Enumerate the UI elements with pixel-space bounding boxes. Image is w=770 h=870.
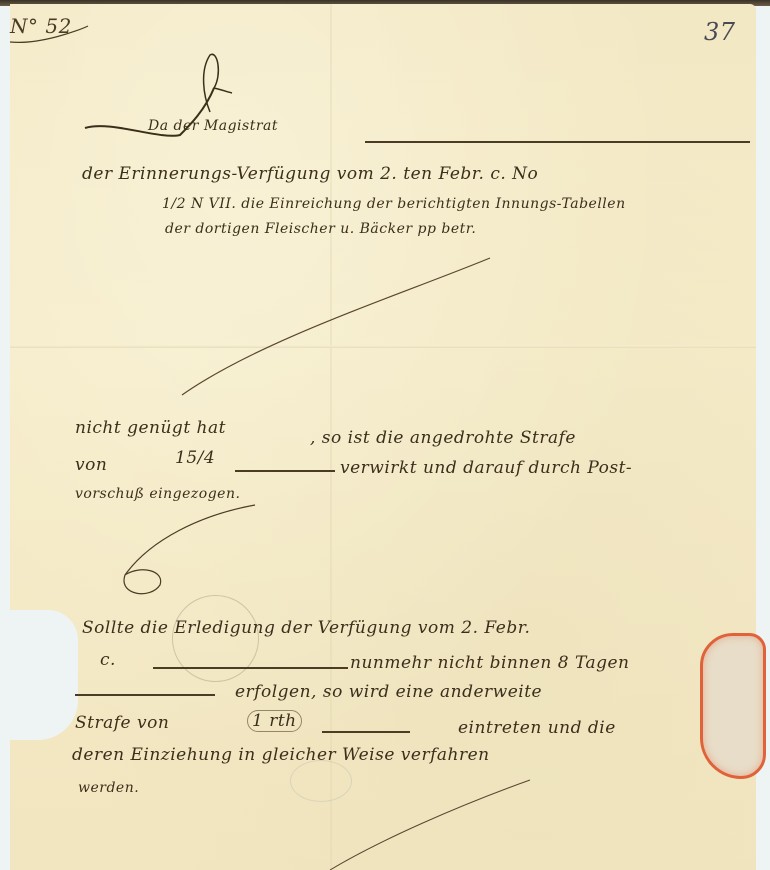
p1-line1: Da der Magistrat [148,118,278,134]
p3-line4-amount: 1 rth [247,710,302,732]
p3-line4-left: Strafe von [75,713,169,733]
p1-line3: 1/2 N VII. die Einreichung der berichtig… [162,196,626,212]
p2-line1-right: , so ist die angedrohte Strafe [310,428,576,448]
page-number: 37 [704,18,736,46]
p2-line3: vorschuß eingezogen. [75,486,240,502]
p2-line1-left: nicht genügt hat [75,418,226,438]
p2-line2-left: von [75,455,107,475]
p1-line2: der Erinnerungs-Verfügung vom 2. ten Feb… [82,164,538,184]
p2-line2-amount: 15/4 [175,448,215,468]
p1-line4: der dortigen Fleischer u. Bäcker pp betr… [165,221,476,237]
p2-line2-right: verwirkt und darauf durch Post- [340,458,632,478]
p3-line2-right: nunmehr nicht binnen 8 Tagen [350,653,630,673]
p3-line5: deren Einziehung in gleicher Weise verfa… [72,745,490,765]
p3-line2-left: c. [100,650,116,670]
p3-line3: erfolgen, so wird eine anderweite [235,682,542,702]
p2-fill-rule [235,470,335,472]
p3-fill-rule-1 [153,667,348,669]
p3-line1: Sollte die Erledigung der Verfügung vom … [82,618,530,638]
reference-number: N° 52 [10,14,72,38]
p3-line6: werden. [78,780,139,796]
p3-fill-rule-3 [322,731,410,733]
p1-fill-rule [365,141,750,143]
p3-line4-right: eintreten und die [458,718,616,738]
p3-fill-rule-2 [75,694,215,696]
